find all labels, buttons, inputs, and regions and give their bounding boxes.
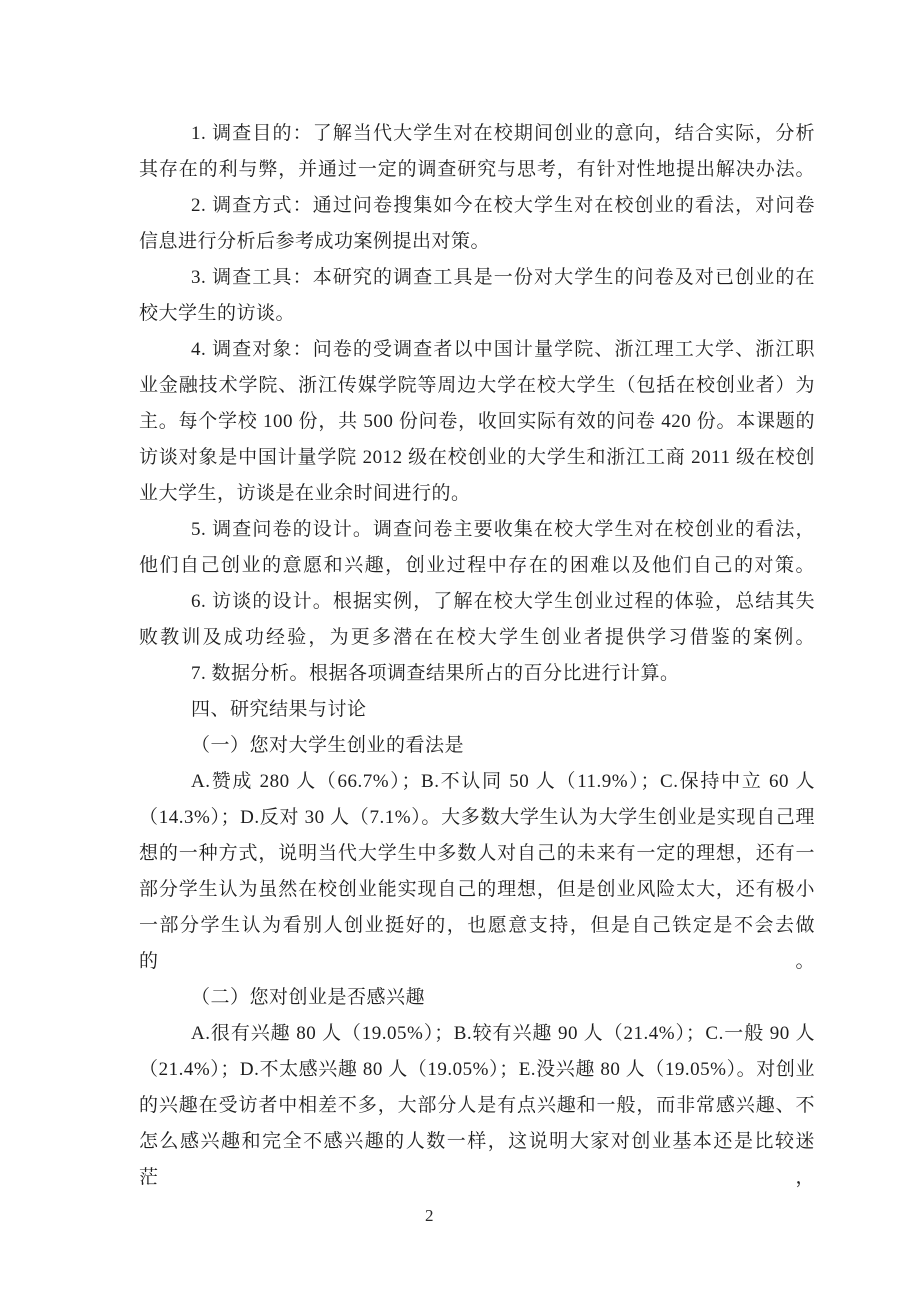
page-number: 2	[425, 1204, 434, 1228]
text-line: 怎么感兴趣和完全不感兴趣的人数一样，这说明大家对创业基本还是比较迷茫，	[139, 1124, 815, 1160]
text-line: 2. 调查方式：通过问卷搜集如今在校大学生对在校创业的看法，对问卷	[139, 188, 815, 224]
text-line: 校大学生的访谈。	[139, 296, 815, 332]
text-line: 业大学生，访谈是在业余时间进行的。	[139, 476, 815, 512]
text-line: （二）您对创业是否感兴趣	[139, 980, 815, 1016]
text-line: 的兴趣在受访者中相差不多，大部分人是有点兴趣和一般，而非常感兴趣、不	[139, 1088, 815, 1124]
text-line: （一）您对大学生创业的看法是	[139, 728, 815, 764]
text-line: 一部分学生认为看别人创业挺好的，也愿意支持，但是自己铁定是不会去做的。	[139, 908, 815, 944]
text-line: 其存在的利与弊，并通过一定的调查研究与思考，有针对性地提出解决办法。	[139, 152, 815, 188]
text-line: 6. 访谈的设计。根据实例，了解在校大学生创业过程的体验，总结其失	[139, 584, 815, 620]
text-line: （14.3%）；D.反对 30 人（7.1%）。大多数大学生认为大学生创业是实现…	[139, 800, 815, 836]
text-line: 败教训及成功经验，为更多潜在在校大学生创业者提供学习借鉴的案例。	[139, 620, 815, 656]
text-line: 想的一种方式，说明当代大学生中多数人对自己的未来有一定的理想，还有一	[139, 836, 815, 872]
text-line: 7. 数据分析。根据各项调查结果所占的百分比进行计算。	[139, 656, 815, 692]
text-line: 访谈对象是中国计量学院 2012 级在校创业的大学生和浙江工商 2011 级在校…	[139, 440, 815, 476]
text-line: 3. 调查工具：本研究的调查工具是一份对大学生的问卷及对已创业的在	[139, 260, 815, 296]
text-line: 5. 调查问卷的设计。调查问卷主要收集在校大学生对在校创业的看法，	[139, 512, 815, 548]
text-line: 部分学生认为虽然在校创业能实现自己的理想，但是创业风险太大，还有极小	[139, 872, 815, 908]
document-page: 1. 调查目的：了解当代大学生对在校期间创业的意向，结合实际，分析其存在的利与弊…	[0, 0, 920, 1302]
text-line: 主。每个学校 100 份，共 500 份问卷，收回实际有效的问卷 420 份。本…	[139, 404, 815, 440]
text-line: 业金融技术学院、浙江传媒学院等周边大学在校大学生（包括在校创业者）为	[139, 368, 815, 404]
text-line: 信息进行分析后参考成功案例提出对策。	[139, 224, 815, 260]
document-body: 1. 调查目的：了解当代大学生对在校期间创业的意向，结合实际，分析其存在的利与弊…	[139, 116, 815, 1160]
text-line: A.赞成 280 人（66.7%）；B.不认同 50 人（11.9%）；C.保持…	[139, 764, 815, 800]
text-line: 4. 调查对象：问卷的受调查者以中国计量学院、浙江理工大学、浙江职	[139, 332, 815, 368]
text-line: （21.4%）；D.不太感兴趣 80 人（19.05%）；E.没兴趣 80 人（…	[139, 1052, 815, 1088]
text-line: 四、研究结果与讨论	[139, 692, 815, 728]
text-line: 1. 调查目的：了解当代大学生对在校期间创业的意向，结合实际，分析	[139, 116, 815, 152]
text-line: A.很有兴趣 80 人（19.05%）；B.较有兴趣 90 人（21.4%）；C…	[139, 1016, 815, 1052]
text-line: 他们自己创业的意愿和兴趣，创业过程中存在的困难以及他们自己的对策。	[139, 548, 815, 584]
